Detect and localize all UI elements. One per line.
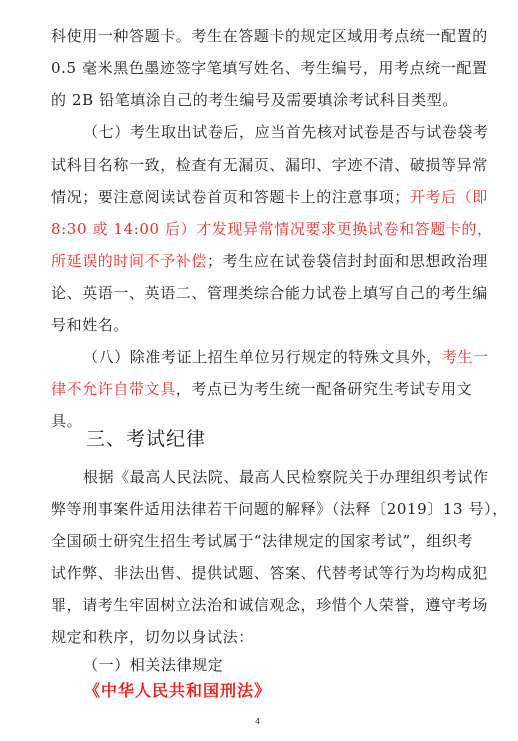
body-line: 0.5 毫米黑色墨迹签字笔填写姓名、考生编号，用考点统一配置 [51,58,465,78]
body-line: 科使用一种答题卡。考生在答题卡的规定区域用考点统一配置的 [51,26,465,46]
text-run: 具。 [51,412,82,430]
body-line: 全国硕士研究生招生考试属于“法律规定的国家考试”，组织考 [51,531,465,551]
body-line: 情况；要注意阅读试卷首页和答题卡上的注意事项；开考后（即 [51,187,465,207]
section-heading: 三、考试纪律 [86,427,206,451]
body-line: 试科目名称一致，检查有无漏页、漏印、字迹不清、破损等异常 [51,155,465,175]
text-run: 的 2B 铅笔填涂自己的考生编号及需要填涂考试科目类型。 [51,91,458,109]
document-page: 科使用一种答题卡。考生在答题卡的规定区域用考点统一配置的 0.5 毫米黑色墨迹签… [0,0,518,741]
highlighted-text: 所延误的时间不予补偿 [51,252,207,270]
body-line: 根据《最高人民法院、最高人民检察院关于办理组织考试作 [83,467,465,487]
body-line: 所延误的时间不予补偿；考生应在试卷袋信封封面和思想政治理 [51,251,465,271]
highlighted-text: 8:30 或 14:00 后）才发现异常情况要求更换试卷和答题卡的， [51,220,493,238]
highlighted-line: 8:30 或 14:00 后）才发现异常情况要求更换试卷和答题卡的， [51,219,465,239]
text-run: 号和姓名。 [51,316,129,334]
text-run: 情况；要注意阅读试卷首页和答题卡上的注意事项； [51,188,410,206]
highlighted-text: 考生一 [442,348,489,366]
text-run: ；考生应在试卷袋信封封面和思想政治理 [207,252,488,270]
body-line: 规定和秩序，切勿以身试法： [51,627,465,647]
body-line: （八）除准考证上招生单位另行规定的特殊文具外，考生一 [83,347,465,367]
body-line: （七）考生取出试卷后，应当首先核对试卷是否与试卷袋考 [83,122,465,142]
body-line: 弊等刑事案件适用法律若干问题的解释》（法释〔2019〕13 号）， [51,499,465,519]
text-run: 科使用一种答题卡。考生在答题卡的规定区域用考点统一配置的 [51,27,488,45]
highlighted-text: 开考后（即 [410,188,488,206]
text-run: ，考点已为考生统一配备研究生考试专用文 [176,380,472,398]
body-line: 试作弊、非法出售、提供试题、答案、代替考试等行为均构成犯 [51,563,465,583]
body-line: 的 2B 铅笔填涂自己的考生编号及需要填涂考试科目类型。 [51,90,465,110]
body-line: 论、英语一、英语二、管理类综合能力试卷上填写自己的考生编 [51,283,465,303]
page-number: 4 [255,717,260,726]
law-title: 《中华人民共和国刑法》 [84,681,271,701]
body-line: 号和姓名。 [51,315,465,335]
body-line: 律不允许自带文具，考点已为考生统一配备研究生考试专用文 [51,379,465,399]
text-run: 试科目名称一致，检查有无漏页、漏印、字迹不清、破损等异常 [51,156,488,174]
body-line: 罪，请考生牢固树立法治和诚信观念，珍惜个人荣誉，遵守考场 [51,595,465,615]
text-run: 0.5 毫米黑色墨迹签字笔填写姓名、考生编号，用考点统一配置 [51,59,488,77]
text-run: （七）考生取出试卷后，应当首先核对试卷是否与试卷袋考 [83,123,489,141]
text-run: 论、英语一、英语二、管理类综合能力试卷上填写自己的考生编 [51,284,488,302]
subsection-heading: （一）相关法律规定 [83,655,465,675]
highlighted-text: 律不允许自带文具 [51,380,176,398]
text-run: （八）除准考证上招生单位另行规定的特殊文具外， [83,348,442,366]
